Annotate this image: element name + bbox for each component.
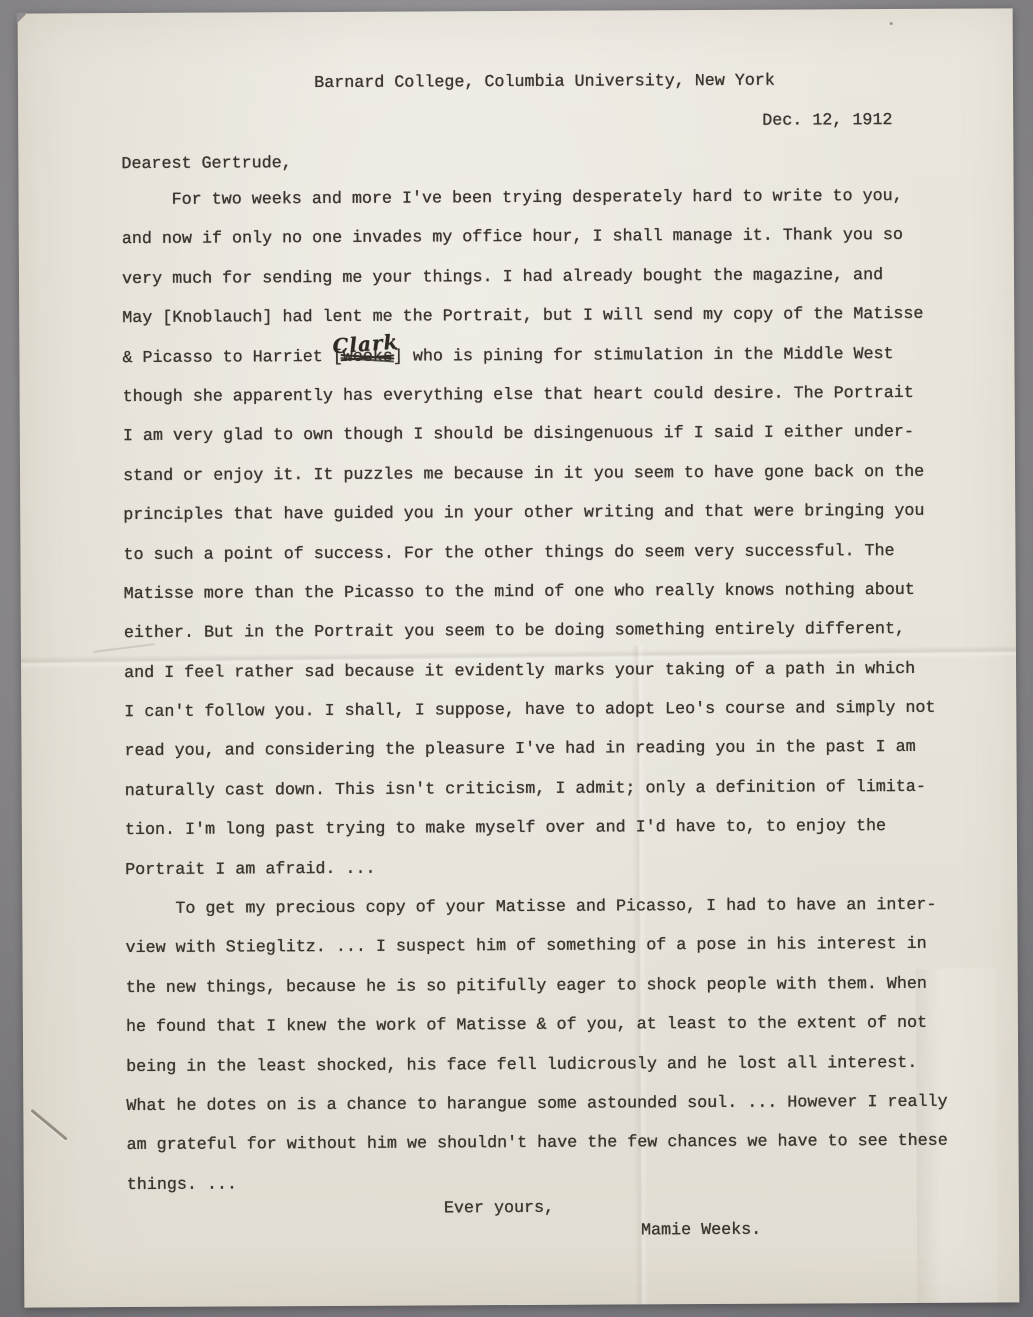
letter-line: and I feel rather sad because it evident… (124, 659, 992, 703)
letter-line: the new things, because he is so pitiful… (126, 974, 994, 1018)
letter-line: being in the least shocked, his face fel… (126, 1053, 994, 1097)
date-line: Dec. 12, 1912 (762, 111, 892, 131)
handwritten-annotation: Clark (332, 329, 399, 358)
letterhead: Barnard College, Columbia University, Ne… (18, 70, 1013, 94)
closing: Ever yours, (444, 1199, 554, 1219)
letter-line: What he dotes on is a chance to harangue… (126, 1092, 994, 1136)
letter-line: I can't follow you. I shall, I suppose, … (124, 699, 992, 743)
letter-line: though she apparently has everything els… (123, 383, 991, 427)
letter-line: read you, and considering the pleasure I… (124, 738, 992, 782)
letter-line: to such a point of success. For the othe… (123, 541, 991, 585)
paper-corner-nick (17, 13, 28, 24)
letter-line: Portrait I am afraid. ... (125, 856, 993, 900)
letter-line: May [Knoblauch] had lent me the Portrait… (122, 305, 990, 349)
correction-pre: & Picasso to Harriet [ (122, 347, 342, 367)
letter-line: things. ... (127, 1171, 995, 1215)
signature: Mamie Weeks. (641, 1221, 761, 1241)
letter-line: stand or enjoy it. It puzzles me because… (123, 462, 991, 506)
correction-post: ] who is pining for stimulation in the M… (393, 345, 894, 367)
letter-line: view with Stieglitz. ... I suspect him o… (125, 935, 993, 979)
letter-body: For two weeks and more I've been trying … (122, 187, 995, 1216)
salutation: Dearest Gertrude, (121, 154, 291, 174)
letter-line: I am very glad to own though I should be… (123, 423, 991, 467)
paper-speck (890, 22, 893, 25)
letter-paper: Barnard College, Columbia University, Ne… (18, 8, 1020, 1307)
letter-line-correction: & Picasso to Harriet [Weeks] who is pini… (122, 344, 990, 388)
letter-line: either. But in the Portrait you seem to … (124, 620, 992, 664)
letter-line: and now if only no one invades my office… (122, 226, 990, 270)
page-background: { "page": { "background_color": "#8b898c… (0, 0, 1033, 1317)
letter-line: For two weeks and more I've been trying … (122, 187, 990, 231)
letter-line: Matisse more than the Picasso to the min… (124, 580, 992, 624)
letter-line: am grateful for without him we shouldn't… (126, 1132, 994, 1176)
letter-line: tion. I'm long past trying to make mysel… (125, 817, 993, 861)
letter-line: To get my precious copy of your Matisse … (125, 896, 993, 940)
letter-line: naturally cast down. This isn't criticis… (125, 777, 993, 821)
letter-line: very much for sending me your things. I … (122, 265, 990, 309)
letter-line: he found that I knew the work of Matisse… (126, 1014, 994, 1058)
letter-line: principles that have guided you in your … (123, 502, 991, 546)
bottom-left-crease (30, 1109, 67, 1141)
